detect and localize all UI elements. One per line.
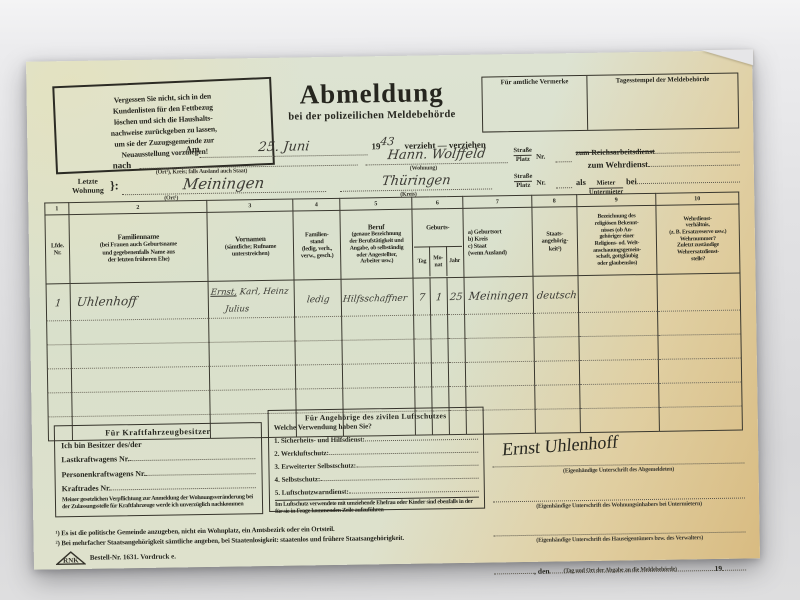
header-geburt: Geburts- Tag Mo- nat Jahr — [412, 208, 464, 278]
nr-label-2: Nr. — [536, 179, 545, 187]
cell-geburtsort: Meiningen — [464, 276, 534, 314]
person-table: 1 2 3 4 5 6 7 8 9 10 Lfde. Nr. Familienn… — [44, 192, 743, 441]
jahr-handwriting: 25 — [449, 292, 463, 303]
signature-caption-1: (Eigenhändige Unterschrift des Abgemelde… — [493, 465, 745, 475]
geburtsort-handwriting: Meiningen — [468, 289, 529, 303]
cell-geburt-monat: 1 — [430, 278, 448, 315]
cell-familienname: Uhlenhoff — [70, 281, 209, 320]
destination-handwriting: Hann. Wolffeld — [387, 147, 487, 164]
pkw-field — [146, 466, 256, 476]
street-fraction-1: StraßePlatz Nr. — [513, 146, 545, 164]
familienname-handwriting: Uhlenhoff — [76, 294, 137, 309]
cell-familienstand: ledig — [294, 279, 342, 316]
street-fraction-2: StraßePlatz Nr. — [514, 172, 546, 190]
form-subtitle: bei der polizeilichen Meldebehörde — [267, 109, 477, 123]
footnotes: ¹) Es ist die politische Gemeinde anzuge… — [55, 522, 525, 550]
header-geburt-tag: Tag — [414, 246, 430, 276]
luft-field-5 — [349, 484, 479, 494]
beruf-handwriting: Hilfsschaffner — [342, 294, 407, 305]
paper-fold-corner — [701, 49, 753, 66]
signature-area: Ernst Uhlenhoff (Eigenhändige Unterschri… — [492, 437, 744, 441]
nr-label: Nr. — [536, 153, 545, 161]
header-geburt-monat: Mo- nat — [429, 246, 446, 276]
header-beruf: Beruf (genaue Bezeichnung der Berufstäti… — [340, 209, 413, 279]
cell-bekenntnis — [578, 274, 658, 312]
form-title: Abmeldung — [266, 79, 476, 109]
official-remarks-box: Für amtliche Vermerke Tagesstempel der M… — [481, 73, 739, 133]
rufname-handwriting: Ernst, — [210, 287, 237, 297]
luft-field-2 — [329, 445, 478, 455]
vehicle-box-fineprint: Meiner gesetzlichen Verpflichtung zur An… — [62, 494, 256, 510]
luft-item-2: 2. Werkluftschutz: — [274, 450, 329, 458]
header-familienname: Familienname (bei Frauen auch Geburtsnam… — [69, 212, 208, 283]
col-num: 8 — [532, 195, 577, 208]
street-field-1 — [556, 151, 572, 162]
destination-wohnung-field: Hann. Wolffeld — [365, 146, 507, 165]
air-raid-protection-box: Für Angehörige des zivilen Luftschutzes … — [268, 407, 486, 512]
col-num: 6 — [412, 196, 463, 209]
svg-text:RNK: RNK — [63, 556, 79, 564]
header-geburt-title: Geburts- — [413, 210, 462, 247]
platz-label: Platz — [514, 155, 533, 164]
vehicle-box-intro: Ich bin Besitzer des/der — [61, 438, 255, 450]
print-order-number: Bestell-Nr. 1631. Vordruck e. — [90, 552, 176, 561]
destination-field — [139, 149, 357, 169]
destination-line: nach (Ort¹), Kreis; falls Ausland auch S… — [26, 50, 752, 61]
street-field-2 — [556, 177, 572, 188]
col-num: 5 — [340, 197, 412, 210]
pkw-label: Personenkraftwagens Nr. — [61, 469, 145, 479]
als-label: als — [576, 178, 586, 187]
staat-handwriting: deutsch — [536, 290, 577, 302]
nach-label: nach — [113, 160, 132, 170]
cell-staatsangehoerigkeit: deutsch — [533, 276, 579, 313]
print-info: RNK Bestell-Nr. 1631. Vordruck e. — [56, 549, 176, 565]
vornamen-line2-handwriting: Julius — [225, 305, 250, 314]
header-vornamen-sub: (sämtliche; Rufname unterstreichen) — [209, 243, 292, 259]
last-residence-kreis-handwriting: Thüringen — [381, 173, 451, 189]
luft-item-5: 5. Luftschutzwarndienst: — [275, 489, 349, 497]
cell-beruf: Hilfsschaffner — [341, 278, 414, 316]
header-vornamen: Vornamen (sämtliche; Rufname unterstreic… — [207, 211, 294, 281]
wehrdienst-dotted-line — [648, 150, 740, 168]
official-remarks-label: Für amtliche Vermerke — [482, 76, 588, 132]
kraftrad-field — [111, 480, 256, 491]
col-num: 7 — [463, 195, 532, 208]
header-familienstand: Familien- stand (ledig, verh., verw., ge… — [293, 210, 341, 280]
cell-geburt-tag: 7 — [413, 278, 431, 315]
wohnung-sublabel: (Wohnung) — [410, 165, 437, 171]
vehicle-box-title: Für Kraftfahrzeugbesitzer — [61, 426, 255, 438]
last-residence-line: Letzte Wohnung }: Meiningen (Ort¹) Thüri… — [26, 50, 752, 61]
platz-label-2: Platz — [514, 181, 533, 190]
lfde-handwriting: 1 — [55, 298, 63, 309]
luft-item-3: 3. Erweiterter Selbstschutz: — [274, 463, 356, 471]
kraftrad-label: Kraftrades Nr. — [62, 484, 111, 494]
tag-handwriting: 7 — [418, 292, 426, 303]
header-wehrdienst: Wehrdienst- verhältnis, (z. B. Ersatzres… — [656, 204, 740, 274]
header-lfde-nr: Lfde. Nr. — [45, 215, 70, 284]
bei-dotted-line — [637, 167, 740, 185]
header-geburt-jahr: Jahr — [446, 246, 463, 276]
last-residence-kreis-field: Thüringen — [340, 172, 492, 191]
form-paper: Vergessen Sie nicht, sich in den Kundenl… — [26, 50, 760, 569]
luft-field-1 — [365, 432, 478, 441]
title-block: Abmeldung bei der polizeilichen Meldebeh… — [266, 79, 477, 123]
luft-item-1: 1. Sicherheits- und Hilfsdienst: — [274, 437, 365, 445]
publisher-logo-icon: RNK — [56, 551, 86, 565]
header-staatsangehoerigkeit: Staats- angehörig- keit²) — [532, 207, 578, 277]
last-residence-ort-handwriting: Meiningen — [182, 174, 266, 193]
column-header-row: Lfde. Nr. Familienname (bei Frauen auch … — [45, 204, 740, 284]
vornamen-handwriting: Karl, Heinz — [236, 287, 288, 298]
vehicle-owner-box: Für Kraftfahrzeugbesitzer Ich bin Besitz… — [54, 422, 263, 517]
bei-label: bei — [626, 177, 637, 186]
signature-caption-2: (Eigenhändige Unterschrift des Wohnungsi… — [493, 500, 745, 510]
col-num: 1 — [45, 203, 69, 215]
familienstand-handwriting: ledig — [306, 295, 330, 305]
luftschutz-fineprint: Im Luftschutz verwendete mit umziehende … — [275, 497, 479, 516]
monat-handwriting: 1 — [435, 292, 443, 303]
header-beruf-sub: (genaue Bezeichnung der Berufstätigkeit … — [342, 231, 412, 266]
col-num: 4 — [293, 198, 340, 211]
stamp-label: Tagesstempel der Meldebehörde — [587, 74, 738, 130]
header-geburtsort: a) Geburtsort b) Kreis c) Staat (wenn Au… — [463, 207, 533, 277]
header-familienname-sub: (bei Frauen auch Geburtsname und gegeben… — [71, 240, 206, 263]
luft-field-3 — [356, 458, 479, 467]
signature-caption-3: (Eigenhändige Unterschrift des Hauseigen… — [494, 534, 746, 544]
letzte-wohnung-label: Letzte Wohnung — [72, 177, 104, 196]
lkw-field — [129, 451, 255, 461]
lkw-label: Lastkraftwagens Nr. — [61, 455, 129, 465]
cell-geburt-jahr: 25 — [447, 277, 465, 314]
year-handwriting: 43 — [380, 135, 395, 148]
cell-lfde-nr: 1 — [46, 284, 71, 321]
luft-field-4 — [320, 471, 479, 481]
letzte-wohnung-brace: }: — [110, 178, 119, 193]
cell-wehrdienst — [657, 273, 741, 311]
header-bekenntnis: Bezeichnung des religiösen Bekennt- niss… — [577, 205, 657, 275]
last-residence-ort-field: Meiningen — [122, 175, 326, 195]
cell-vornamen: Ernst, Karl, Heinz Julius — [208, 280, 295, 318]
signature-handwriting: Ernst Uhlenhoff — [502, 431, 619, 460]
luft-item-4: 4. Selbstschutz: — [275, 476, 321, 484]
